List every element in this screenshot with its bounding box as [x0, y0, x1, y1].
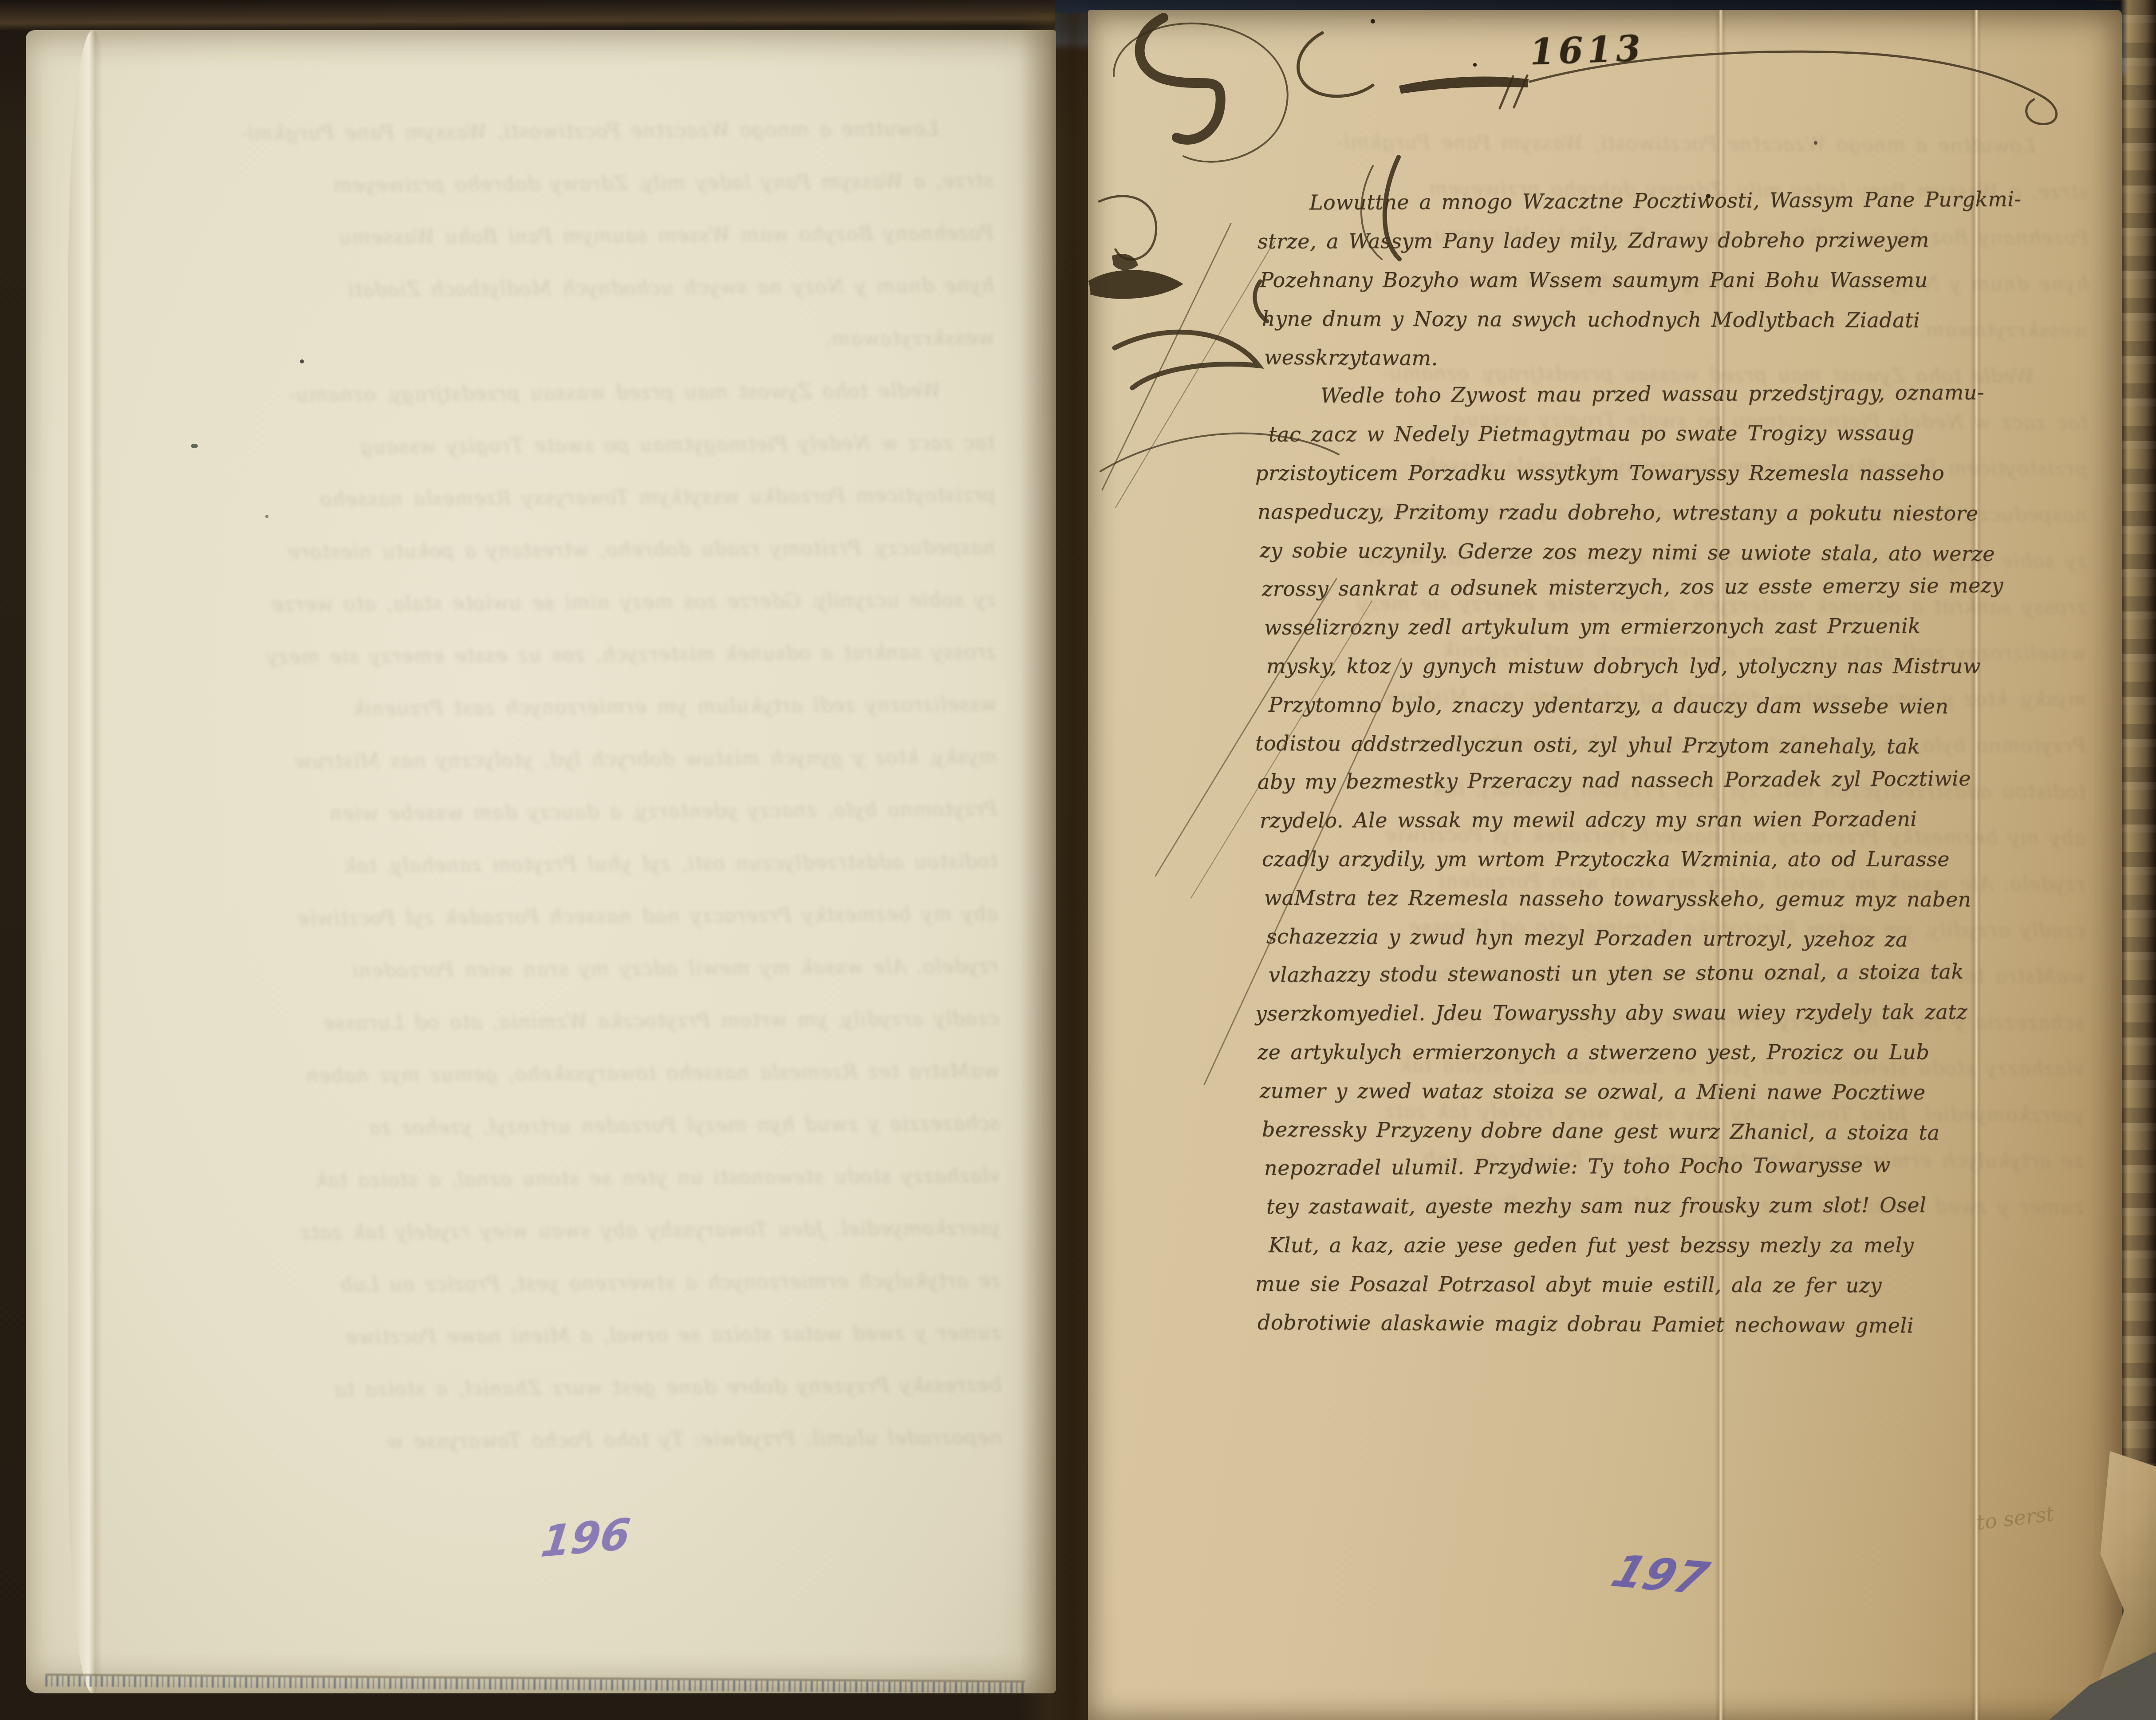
manuscript-line: vlazhazzy stodu stewanosti un yten se st…: [86, 1150, 1001, 1208]
catchword: to serst: [1975, 1501, 2055, 1535]
manuscript-line: ze artykulych ermierzonych a stwerzeno y…: [87, 1254, 1001, 1313]
manuscript-scan: Lowuttne a mnogo Wzacztne Pocztiwosti, W…: [0, 0, 2156, 1720]
manuscript-line: todistou addstrzedlyczun osti, zyl yhul …: [84, 836, 998, 894]
manuscript-line: zumer y zwed wataz stoiza se ozwal, a Mi…: [87, 1307, 1001, 1365]
manuscript-line: wsselizrozny zedl artykulum ym ermierzon…: [83, 679, 997, 737]
year-heading: 1613: [1520, 24, 1655, 77]
page-edge-speckle: [45, 1676, 1025, 1693]
manuscript-line: czadly arzydily, ym wrtom Przytoczka Wzm…: [85, 993, 999, 1051]
manuscript-line: strze, a Wassym Pany ladey mily, Zdrawy …: [79, 155, 993, 213]
manuscript-line: mue sie Posazal Potrzasol abyt muie esti…: [1255, 1265, 2105, 1306]
manuscript-line: zumer y zwed wataz stoiza se ozwal, a Mi…: [1260, 1072, 2109, 1112]
manuscript-line: nepozradel ulumil. Przydwie: Ty toho Poc…: [88, 1412, 1002, 1470]
manuscript-line: aby my bezmestky Przeraczy nad nassech P…: [1257, 759, 2107, 801]
manuscript-line: aby my bezmestky Przeraczy nad nassech P…: [84, 888, 998, 947]
manuscript-line: hyne dnum y Nozy na swych uchodnych Modl…: [80, 260, 994, 318]
manuscript-line: tac zacz w Nedely Pietmagytmau po swate …: [1269, 413, 2118, 454]
manuscript-line: zy sobie uczynily. Gderze zos mezy nimi …: [82, 574, 996, 632]
manuscript-line: strze, a Wassym Pany ladey mily, Zdrawy …: [1257, 220, 2107, 261]
manuscript-line: yserzkomyediel. Jdeu Towarysshy aby swau…: [1255, 992, 2105, 1033]
manuscript-line: Pozehnany Bozyho wam Wssem saumym Pani B…: [1260, 261, 2109, 300]
manuscript-line: hyne dnum y Nozy na swych uchodnych Modl…: [1262, 300, 2112, 340]
manuscript-line: waMstra tez Rzemesla nasseho towarysskeh…: [85, 1045, 1000, 1104]
manuscript-line: mysky, ktoz y gynych mistuw dobrych lyd,…: [83, 731, 997, 789]
manuscript-line: vlazhazzy stodu stewanosti un yten se st…: [1269, 952, 2118, 994]
manuscript-line: rzydelo. Ale wssak my mewil adczy my sra…: [1260, 799, 2109, 840]
ink-speck: [265, 515, 268, 518]
manuscript-line: Wedle toho Zywost mau przed wassau przed…: [80, 364, 995, 423]
manuscript-line: Pozehnany Bozyho wam Wssem saumym Pani B…: [79, 207, 994, 266]
manuscript-line: Przytomno bylo, znaczy ydentarzy, a dauc…: [1269, 686, 2118, 726]
manuscript-line: Lowuttne a mnogo Wzacztne Pocztiwosti, W…: [79, 103, 993, 161]
manuscript-line: tey zastawait, ayeste mezhy sam nuz frou…: [1266, 1185, 2116, 1226]
manuscript-line: Klut, a kaz, azie yese geden fut yest be…: [1269, 1226, 2118, 1265]
manuscript-line: naspeduczy, Przitomy rzadu dobreho, wtre…: [1257, 493, 2107, 533]
manuscript-line: mysky, ktoz y gynych mistuw dobrych lyd,…: [1266, 647, 2116, 686]
manuscript-line: Wedle toho Zywost mau przed wassau przed…: [1266, 373, 2116, 415]
manuscript-line: ze artykulych ermierzonych a stwerzeno y…: [1257, 1033, 2107, 1072]
manuscript-text: Lowuttne a mnogo Wzacztne Pocztiwosti, W…: [1262, 184, 2112, 1342]
manuscript-line: bezressky Przyzeny dobre dane gest wurz …: [87, 1359, 1002, 1418]
manuscript-line: waMstra tez Rzemesla nasseho towarysskeh…: [1264, 879, 2114, 919]
manuscript-line: Lowuttne a mnogo Wzacztne Pocztiwosti, W…: [1122, 118, 2089, 169]
manuscript-line: czadly arzydily, ym wrtom Przytoczka Wzm…: [1262, 840, 2112, 879]
manuscript-line: dobrotiwie alaskawie magiz dobrau Pamiet…: [1257, 1303, 2107, 1346]
manuscript-line: zrossy sankrat a odsunek misterzych, zos…: [1262, 566, 2112, 608]
bleed-through-text: Lowuttne a mnogo Wzacztne Pocztiwosti, W…: [79, 103, 1002, 1507]
ink-speck: [300, 359, 304, 363]
manuscript-line: zrossy sankrat a odsunek misterzych, zos…: [82, 626, 997, 685]
binding-edge-top-left: [0, 0, 1109, 31]
manuscript-line: wsselizrozny zedl artykulum ym ermierzon…: [1264, 606, 2114, 647]
manuscript-line: nepozradel ulumil. Przydwie: Ty toho Poc…: [1264, 1145, 2114, 1187]
page-number-left: 196: [538, 1509, 633, 1567]
manuscript-line: przistoyticem Porzadku wssytkym Towaryss…: [1255, 454, 2105, 493]
manuscript-line: wesskrzytawam.: [80, 312, 994, 371]
manuscript-line: yserzkomyediel. Jdeu Towarysshy aby swau…: [86, 1202, 1001, 1261]
manuscript-line: przistoyticem Porzadku wssytkym Towaryss…: [81, 469, 996, 528]
manuscript-line: naspeduczy, Przitomy rzadu dobreho, wtre…: [82, 521, 996, 580]
manuscript-line: Lowuttne a mnogo Wzacztne Pocztiwosti, W…: [1255, 180, 2105, 222]
manuscript-line: rzydelo. Ale wssak my mewil adczy my sra…: [84, 940, 999, 999]
left-page: Lowuttne a mnogo Wzacztne Pocztiwosti, W…: [26, 30, 1056, 1693]
manuscript-line: Przytomno bylo, znaczy ydentarzy, a dauc…: [83, 783, 998, 842]
ink-speck: [191, 444, 198, 448]
right-page: Lowuttne a mnogo Wzacztne Pocztiwosti, W…: [1088, 10, 2122, 1720]
page-number-right: 197: [1605, 1545, 1715, 1604]
manuscript-line: tac zacz w Nedely Pietmagytmau po swate …: [81, 417, 995, 475]
manuscript-line: schazezzia y zwud hyn mezyl Porzaden urt…: [86, 1097, 1000, 1156]
